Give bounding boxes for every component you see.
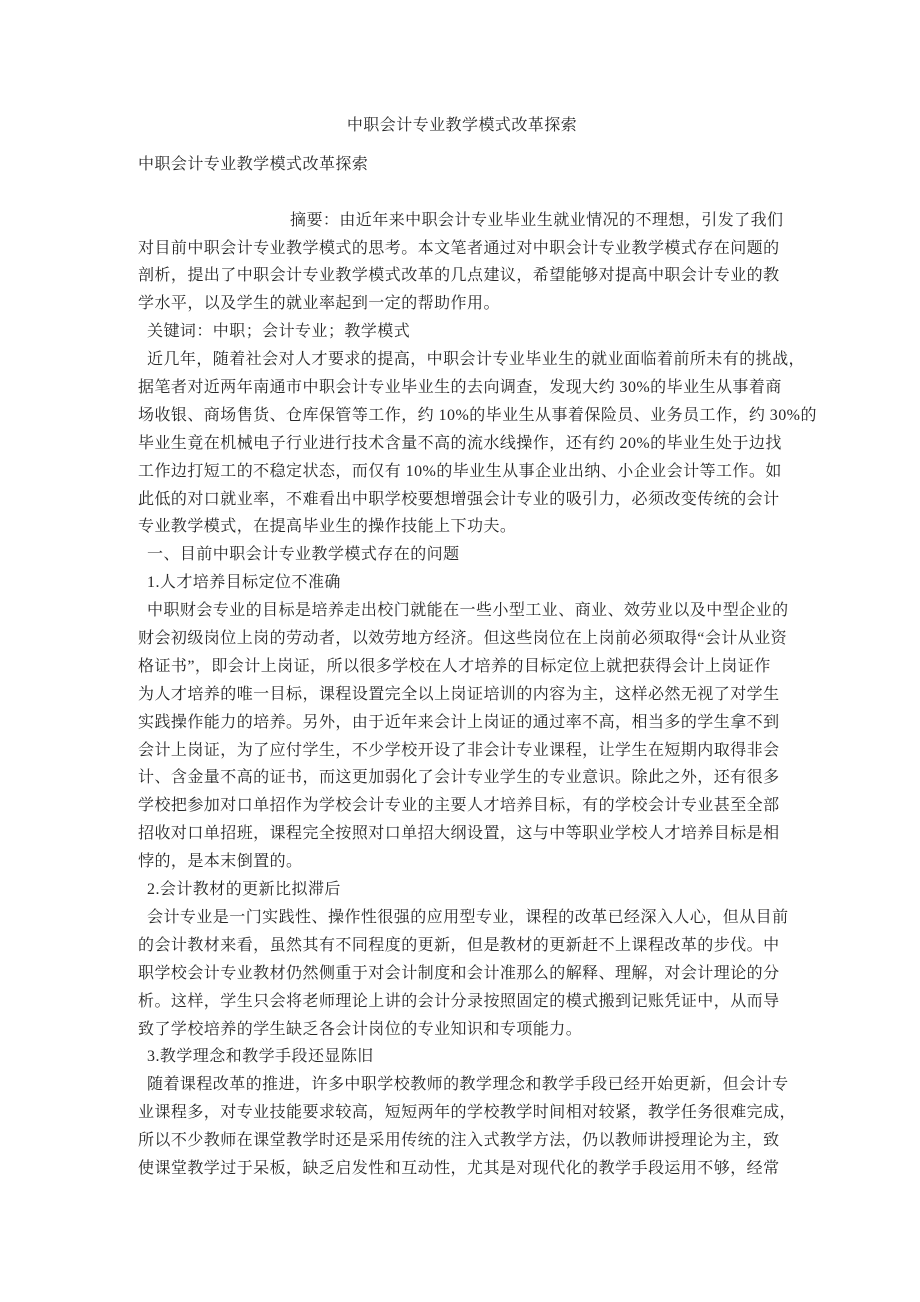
text-line: 会计上岗证，为了应付学生，不少学校开设了非会计专业课程，让学生在短期内取得非会	[138, 737, 786, 765]
text-line: 关键词：中职；会计专业；教学模式	[138, 318, 786, 346]
text-line: 所以不少教师在课堂教学时还是采用传统的注入式教学方法，仍以教师讲授理论为主，致	[138, 1127, 786, 1155]
text-line: 3.教学理念和教学手段还显陈旧	[138, 1043, 786, 1071]
text-line: 学水平，以及学生的就业率起到一定的帮助作用。	[138, 290, 786, 318]
text-line: 一、目前中职会计专业教学模式存在的问题	[138, 541, 786, 569]
text-line: 的会计教材来看，虽然其有不同程度的更新，但是教材的更新赶不上课程改革的步伐。中	[138, 932, 786, 960]
text-line: 使课堂教学过于呆板，缺乏启发性和互动性，尤其是对现代化的教学手段运用不够，经常	[138, 1155, 786, 1183]
blank-line	[138, 179, 786, 207]
text-line: 对目前中职会计专业教学模式的思考。本文笔者通过对中职会计专业教学模式存在问题的	[138, 235, 786, 263]
text-line: 悖的，是本末倒置的。	[138, 848, 786, 876]
text-line: 近几年，随着社会对人才要求的提高，中职会计专业毕业生的就业面临着前所未有的挑战，	[138, 346, 786, 374]
text-line: 财会初级岗位上岗的劳动者，以效劳地方经济。但这些岗位在上岗前必须取得“会计从业资	[138, 625, 786, 653]
document-page: 中职会计专业教学模式改革探索中职会计专业教学模式改革探索 摘要：由近年来中职会计…	[0, 0, 920, 1302]
text-line: 会计专业是一门实践性、操作性很强的应用型专业，课程的改革已经深入人心，但从目前	[138, 904, 786, 932]
text-line: 析。这样，学生只会将老师理论上讲的会计分录按照固定的模式搬到记账凭证中，从而导	[138, 988, 786, 1016]
text-line: 专业教学模式，在提高毕业生的操作技能上下功夫。	[138, 513, 786, 541]
text-line: 计、含金量不高的证书，而这更加弱化了会计专业学生的专业意识。除此之外，还有很多	[138, 764, 786, 792]
text-line: 学校把参加对口单招作为学校会计专业的主要人才培养目标，有的学校会计专业甚至全部	[138, 792, 786, 820]
text-line: 剖析，提出了中职会计专业教学模式改革的几点建议，希望能够对提高中职会计专业的教	[138, 262, 786, 290]
text-line: 中职会计专业教学模式改革探索	[138, 151, 786, 179]
text-line: 此低的对口就业率，不难看出中职学校要想增强会计专业的吸引力，必须改变传统的会计	[138, 486, 786, 514]
text-line: 实践操作能力的培养。另外，由于近年来会计上岗证的通过率不高，相当多的学生拿不到	[138, 709, 786, 737]
text-line: 据笔者对近两年南通市中职会计专业毕业生的去向调查，发现大约 30%的毕业生从事着…	[138, 374, 786, 402]
text-line: 场收银、商场售货、仓库保管等工作，约 10%的毕业生从事着保险员、业务员工作，约…	[138, 402, 786, 430]
text-line: 格证书”，即会计上岗证，所以很多学校在人才培养的目标定位上就把获得会计上岗证作	[138, 653, 786, 681]
text-line: 毕业生竟在机械电子行业进行技术含量不高的流水线操作，还有约 20%的毕业生处于边…	[138, 430, 786, 458]
text-column: 中职会计专业教学模式改革探索中职会计专业教学模式改革探索 摘要：由近年来中职会计…	[138, 112, 786, 1183]
text-line: 摘要：由近年来中职会计专业毕业生就业情况的不理想，引发了我们	[138, 207, 786, 235]
text-line: 2.会计教材的更新比拟滞后	[138, 876, 786, 904]
text-line: 为人才培养的唯一目标，课程设置完全以上岗证培训的内容为主，这样必然无视了对学生	[138, 681, 786, 709]
text-line: 随着课程改革的推进，许多中职学校教师的教学理念和教学手段已经开始更新，但会计专	[138, 1071, 786, 1099]
text-line: 业课程多，对专业技能要求较高，短短两年的学校教学时间相对较紧，教学任务很难完成，	[138, 1099, 786, 1127]
text-line: 招收对口单招班，课程完全按照对口单招大纲设置，这与中等职业学校人才培养目标是相	[138, 820, 786, 848]
text-line: 职学校会计专业教材仍然侧重于对会计制度和会计准那么的解释、理解，对会计理论的分	[138, 960, 786, 988]
doc-title-line: 中职会计专业教学模式改革探索	[138, 112, 786, 140]
text-line: 致了学校培养的学生缺乏各会计岗位的专业知识和专项能力。	[138, 1016, 786, 1044]
text-line: 中职财会专业的目标是培养走出校门就能在一些小型工业、商业、效劳业以及中型企业的	[138, 597, 786, 625]
text-line: 1.人才培养目标定位不准确	[138, 569, 786, 597]
text-line: 工作边打短工的不稳定状态，而仅有 10%的毕业生从事企业出纳、小企业会计等工作。…	[138, 458, 786, 486]
